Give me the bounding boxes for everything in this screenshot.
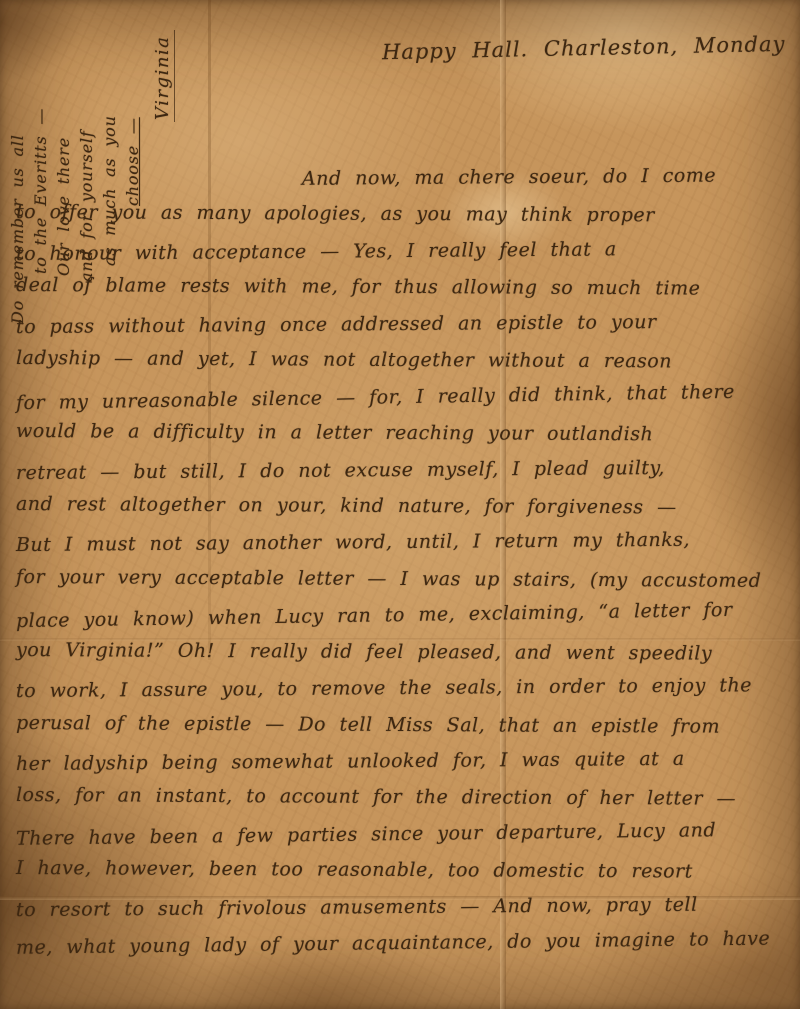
letter-body: And now, ma chere soeur, do I cometo off… (16, 160, 794, 962)
letter-line: But I must not say another word, until, … (16, 521, 794, 564)
letter-line: to offer you as many apologies, as you m… (16, 194, 794, 235)
letter-line: to honour with acceptance — Yes, I reall… (16, 230, 794, 273)
letter-line: deal of blame rests with me, for thus al… (16, 267, 794, 308)
letter-line: perusal of the epistle — Do tell Miss Sa… (16, 705, 794, 746)
letter-line: to pass without having once addressed an… (16, 303, 794, 346)
letter-line: you Virginia!” Oh! I really did feel ple… (16, 632, 794, 673)
letter-line: her ladyship being somewhat unlooked for… (16, 740, 794, 783)
letter-line: and rest altogether on your, kind nature… (16, 486, 794, 527)
letter-page: Happy Hall. Charleston, Monday Do rememb… (0, 0, 800, 1009)
letter-line: would be a difficulty in a letter reachi… (16, 413, 794, 454)
margin-signature: Virginia (152, 30, 175, 122)
letter-line: I have, however, been too reasonable, to… (16, 850, 794, 891)
letter-heading: Happy Hall. Charleston, Monday (382, 32, 792, 65)
letter-line: to work, I assure you, to remove the sea… (16, 667, 794, 710)
letter-line: retreat — but still, I do not excuse mys… (16, 448, 794, 491)
letter-line: And now, ma chere soeur, do I come (16, 157, 794, 200)
